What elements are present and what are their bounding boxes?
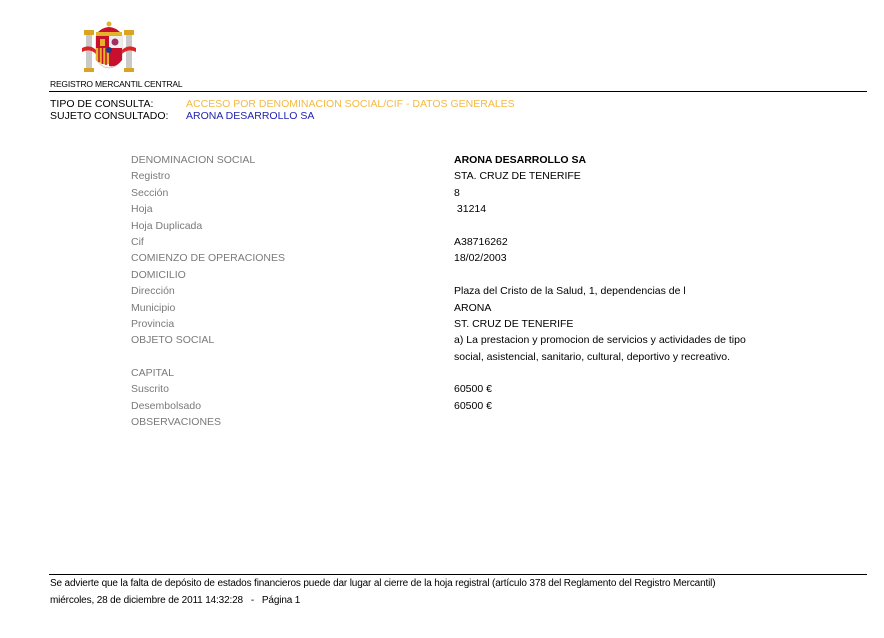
field-value: 8 bbox=[454, 185, 460, 201]
field-label: Desembolsado bbox=[131, 398, 201, 414]
consulta-type: TIPO DE CONSULTA:ACCESO POR DENOMINACION… bbox=[50, 98, 515, 110]
footer-timestamp: miércoles, 28 de diciembre de 2011 14:32… bbox=[50, 595, 243, 606]
field-label: Municipio bbox=[131, 300, 175, 316]
field-label: Sección bbox=[131, 185, 168, 201]
field-label: OBJETO SOCIAL bbox=[131, 332, 214, 348]
footer-page: Página 1 bbox=[262, 595, 300, 606]
consulta-subject-label: SUJETO CONSULTADO: bbox=[50, 110, 186, 122]
org-name: REGISTRO MERCANTIL CENTRAL bbox=[50, 79, 182, 89]
field-value: 60500 € bbox=[454, 398, 492, 414]
field-label: Hoja bbox=[131, 201, 153, 217]
field-label: Provincia bbox=[131, 316, 174, 332]
field-label: OBSERVACIONES bbox=[131, 414, 221, 430]
footer-separator: - bbox=[251, 595, 254, 606]
field-value: a) La prestacion y promocion de servicio… bbox=[454, 332, 746, 348]
consulta-type-value: ACCESO POR DENOMINACION SOCIAL/CIF - DAT… bbox=[186, 98, 515, 110]
field-label: Dirección bbox=[131, 283, 175, 299]
consulta-subject-value: ARONA DESARROLLO SA bbox=[186, 110, 314, 122]
field-value: A38716262 bbox=[454, 234, 508, 250]
field-label: Registro bbox=[131, 168, 170, 184]
consulta-type-label: TIPO DE CONSULTA: bbox=[50, 98, 186, 110]
footer-meta: miércoles, 28 de diciembre de 2011 14:32… bbox=[50, 595, 300, 607]
field-value: 60500 € bbox=[454, 381, 492, 397]
field-label: Cif bbox=[131, 234, 144, 250]
field-label: CAPITAL bbox=[131, 365, 174, 381]
footer-notice: Se advierte que la falta de depósito de … bbox=[50, 578, 715, 590]
field-value: ST. CRUZ DE TENERIFE bbox=[454, 316, 573, 332]
spain-coat-of-arms-icon bbox=[82, 20, 136, 76]
field-label: DENOMINACION SOCIAL bbox=[131, 152, 255, 168]
field-value: Plaza del Cristo de la Salud, 1, depende… bbox=[454, 283, 686, 299]
field-label: Hoja Duplicada bbox=[131, 218, 202, 234]
field-label: COMIENZO DE OPERACIONES bbox=[131, 250, 285, 266]
consulta-subject: SUJETO CONSULTADO:ARONA DESARROLLO SA bbox=[50, 110, 314, 122]
field-value: ARONA DESARROLLO SA bbox=[454, 152, 586, 168]
field-value-continued: social, asistencial, sanitario, cultural… bbox=[454, 349, 730, 365]
field-value: ARONA bbox=[454, 300, 491, 316]
field-label: DOMICILIO bbox=[131, 267, 186, 283]
field-value: 18/02/2003 bbox=[454, 250, 507, 266]
field-label: Suscrito bbox=[131, 381, 169, 397]
field-value: 31214 bbox=[454, 201, 486, 217]
field-value: STA. CRUZ DE TENERIFE bbox=[454, 168, 581, 184]
footer-divider bbox=[49, 574, 867, 575]
header-divider bbox=[49, 91, 867, 92]
